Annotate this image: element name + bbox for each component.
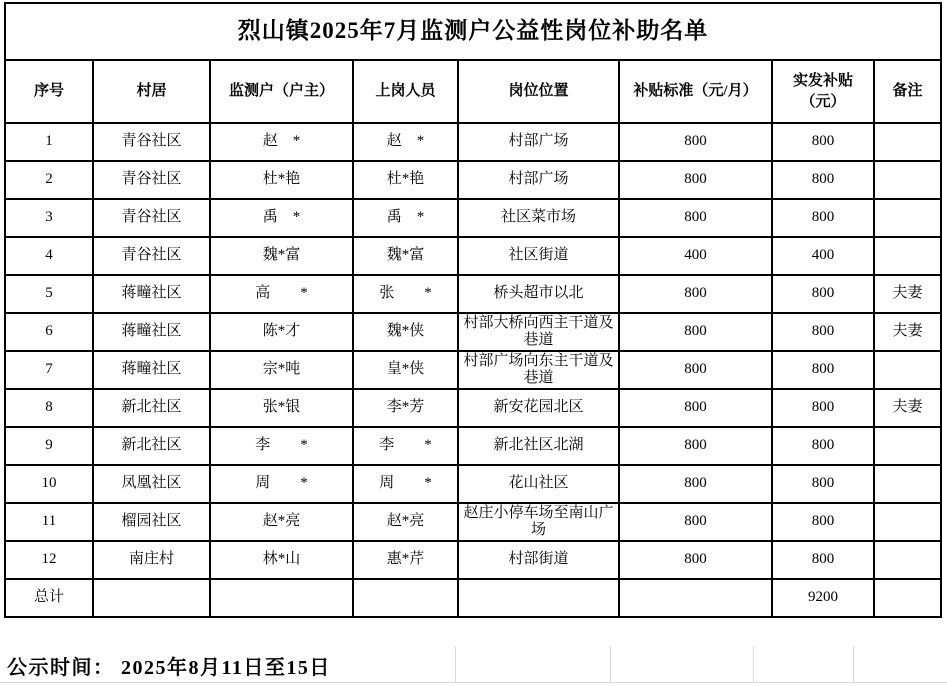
page-title: 烈山镇2025年7月监测户公益性岗位补助名单 <box>5 3 941 60</box>
cell-remark <box>874 465 941 503</box>
cell-actual: 800 <box>772 465 874 503</box>
cell-household: 李 * <box>210 427 353 465</box>
gridline-horizontal <box>0 682 947 683</box>
cell-actual: 800 <box>772 199 874 237</box>
cell-worker: 魏*富 <box>353 237 458 275</box>
gridline-vertical <box>610 646 611 682</box>
col-header-household: 监测户（户主） <box>210 60 353 123</box>
cell-remark <box>874 237 941 275</box>
cell-household: 陈*才 <box>210 313 353 351</box>
cell-remark <box>874 427 941 465</box>
cell-standard: 800 <box>619 389 772 427</box>
cell-actual: 800 <box>772 389 874 427</box>
cell-remark: 夫妻 <box>874 313 941 351</box>
cell-position: 村部街道 <box>458 541 619 579</box>
cell-village: 凤凰社区 <box>93 465 210 503</box>
cell-position: 村部广场向东主干道及巷道 <box>458 351 619 389</box>
cell-seq: 2 <box>5 161 93 199</box>
gridline-vertical <box>753 646 754 682</box>
col-header-standard: 补贴标准（元/月） <box>619 60 772 123</box>
cell-remark <box>874 123 941 161</box>
cell-actual: 800 <box>772 161 874 199</box>
cell-position: 新北社区北湖 <box>458 427 619 465</box>
cell-seq: 11 <box>5 503 93 541</box>
cell-seq: 12 <box>5 541 93 579</box>
cell-standard: 800 <box>619 503 772 541</box>
cell-seq: 1 <box>5 123 93 161</box>
col-header-village: 村居 <box>93 60 210 123</box>
cell-household: 周 * <box>210 465 353 503</box>
cell-household: 赵 * <box>210 123 353 161</box>
cell-seq: 5 <box>5 275 93 313</box>
cell-actual: 400 <box>772 237 874 275</box>
cell-standard: 800 <box>619 161 772 199</box>
cell-seq: 10 <box>5 465 93 503</box>
cell-household: 宗*吨 <box>210 351 353 389</box>
col-header-seq: 序号 <box>5 60 93 123</box>
cell-worker: 杜*艳 <box>353 161 458 199</box>
cell-remark: 夫妻 <box>874 275 941 313</box>
cell-remark <box>874 351 941 389</box>
cell-village: 新北社区 <box>93 389 210 427</box>
cell-standard: 800 <box>619 313 772 351</box>
cell-standard: 800 <box>619 465 772 503</box>
col-header-worker: 上岗人员 <box>353 60 458 123</box>
cell-position: 花山社区 <box>458 465 619 503</box>
cell-standard: 800 <box>619 427 772 465</box>
cell-household <box>210 579 353 617</box>
cell-actual: 800 <box>772 275 874 313</box>
cell-actual: 800 <box>772 503 874 541</box>
cell-standard: 800 <box>619 275 772 313</box>
cell-seq: 9 <box>5 427 93 465</box>
total-actual-amount: 9200 <box>772 579 874 617</box>
total-label: 总计 <box>5 579 93 617</box>
table-row: 11 榴园社区 赵*亮 赵*亮 赵庄小停车场至南山广场 800 800 <box>5 503 941 541</box>
cell-standard: 800 <box>619 199 772 237</box>
cell-position: 桥头超市以北 <box>458 275 619 313</box>
cell-worker: 惠*芹 <box>353 541 458 579</box>
cell-household: 赵*亮 <box>210 503 353 541</box>
cell-household: 杜*艳 <box>210 161 353 199</box>
table-row: 12 南庄村 林*山 惠*芹 村部街道 800 800 <box>5 541 941 579</box>
table-total-row: 总计 9200 <box>5 579 941 617</box>
cell-village: 蒋疃社区 <box>93 275 210 313</box>
cell-actual: 800 <box>772 351 874 389</box>
cell-household: 林*山 <box>210 541 353 579</box>
table-row: 6 蒋疃社区 陈*才 魏*侠 村部大桥向西主干道及巷道 800 800 夫妻 <box>5 313 941 351</box>
cell-worker: 李 * <box>353 427 458 465</box>
cell-village: 蒋疃社区 <box>93 313 210 351</box>
cell-household: 魏*富 <box>210 237 353 275</box>
cell-seq: 8 <box>5 389 93 427</box>
table-row: 3 青谷社区 禹 * 禹 * 社区菜市场 800 800 <box>5 199 941 237</box>
cell-worker <box>353 579 458 617</box>
cell-village: 南庄村 <box>93 541 210 579</box>
table-header-row: 序号 村居 监测户（户主） 上岗人员 岗位位置 补贴标准（元/月） 实发补贴 （… <box>5 60 941 123</box>
table-row: 1 青谷社区 赵 * 赵 * 村部广场 800 800 <box>5 123 941 161</box>
cell-position: 社区菜市场 <box>458 199 619 237</box>
cell-worker: 赵 * <box>353 123 458 161</box>
cell-remark <box>874 199 941 237</box>
cell-remark <box>874 541 941 579</box>
table-row: 9 新北社区 李 * 李 * 新北社区北湖 800 800 <box>5 427 941 465</box>
cell-remark <box>874 503 941 541</box>
cell-village <box>93 579 210 617</box>
table-row: 5 蒋疃社区 高 * 张 * 桥头超市以北 800 800 夫妻 <box>5 275 941 313</box>
cell-standard: 800 <box>619 351 772 389</box>
cell-position: 社区街道 <box>458 237 619 275</box>
cell-position: 村部广场 <box>458 123 619 161</box>
col-header-position: 岗位位置 <box>458 60 619 123</box>
table-row: 2 青谷社区 杜*艳 杜*艳 村部广场 800 800 <box>5 161 941 199</box>
table-row: 7 蒋疃社区 宗*吨 皇*侠 村部广场向东主干道及巷道 800 800 <box>5 351 941 389</box>
cell-remark: 夫妻 <box>874 389 941 427</box>
cell-remark <box>874 579 941 617</box>
publicity-period-text: 公示时间： 2025年8月11日至15日 <box>7 651 331 680</box>
cell-village: 青谷社区 <box>93 199 210 237</box>
cell-position: 赵庄小停车场至南山广场 <box>458 503 619 541</box>
cell-actual: 800 <box>772 541 874 579</box>
cell-actual: 800 <box>772 427 874 465</box>
subsidy-table: 烈山镇2025年7月监测户公益性岗位补助名单 序号 村居 监测户（户主） 上岗人… <box>4 2 942 618</box>
cell-seq: 6 <box>5 313 93 351</box>
cell-household: 高 * <box>210 275 353 313</box>
cell-standard <box>619 579 772 617</box>
cell-worker: 周 * <box>353 465 458 503</box>
cell-seq: 7 <box>5 351 93 389</box>
cell-worker: 赵*亮 <box>353 503 458 541</box>
cell-worker: 李*芳 <box>353 389 458 427</box>
col-header-remark: 备注 <box>874 60 941 123</box>
col-header-actual: 实发补贴 （元） <box>772 60 874 123</box>
cell-standard: 400 <box>619 237 772 275</box>
gridline-vertical <box>853 646 854 682</box>
cell-village: 青谷社区 <box>93 161 210 199</box>
cell-village: 青谷社区 <box>93 237 210 275</box>
cell-worker: 张 * <box>353 275 458 313</box>
cell-worker: 皇*侠 <box>353 351 458 389</box>
table-title-row: 烈山镇2025年7月监测户公益性岗位补助名单 <box>5 3 941 60</box>
cell-standard: 800 <box>619 123 772 161</box>
cell-position: 村部广场 <box>458 161 619 199</box>
subsidy-roster-page: 烈山镇2025年7月监测户公益性岗位补助名单 序号 村居 监测户（户主） 上岗人… <box>0 0 947 686</box>
gridline-vertical <box>455 646 456 682</box>
cell-worker: 魏*侠 <box>353 313 458 351</box>
cell-village: 新北社区 <box>93 427 210 465</box>
cell-standard: 800 <box>619 541 772 579</box>
table-row: 4 青谷社区 魏*富 魏*富 社区街道 400 400 <box>5 237 941 275</box>
cell-village: 蒋疃社区 <box>93 351 210 389</box>
cell-position <box>458 579 619 617</box>
table-row: 8 新北社区 张*银 李*芳 新安花园北区 800 800 夫妻 <box>5 389 941 427</box>
cell-seq: 3 <box>5 199 93 237</box>
cell-actual: 800 <box>772 123 874 161</box>
cell-village: 榴园社区 <box>93 503 210 541</box>
cell-seq: 4 <box>5 237 93 275</box>
cell-remark <box>874 161 941 199</box>
table-row: 10 凤凰社区 周 * 周 * 花山社区 800 800 <box>5 465 941 503</box>
cell-actual: 800 <box>772 313 874 351</box>
cell-household: 张*银 <box>210 389 353 427</box>
cell-position: 新安花园北区 <box>458 389 619 427</box>
cell-worker: 禹 * <box>353 199 458 237</box>
cell-village: 青谷社区 <box>93 123 210 161</box>
cell-position: 村部大桥向西主干道及巷道 <box>458 313 619 351</box>
cell-household: 禹 * <box>210 199 353 237</box>
